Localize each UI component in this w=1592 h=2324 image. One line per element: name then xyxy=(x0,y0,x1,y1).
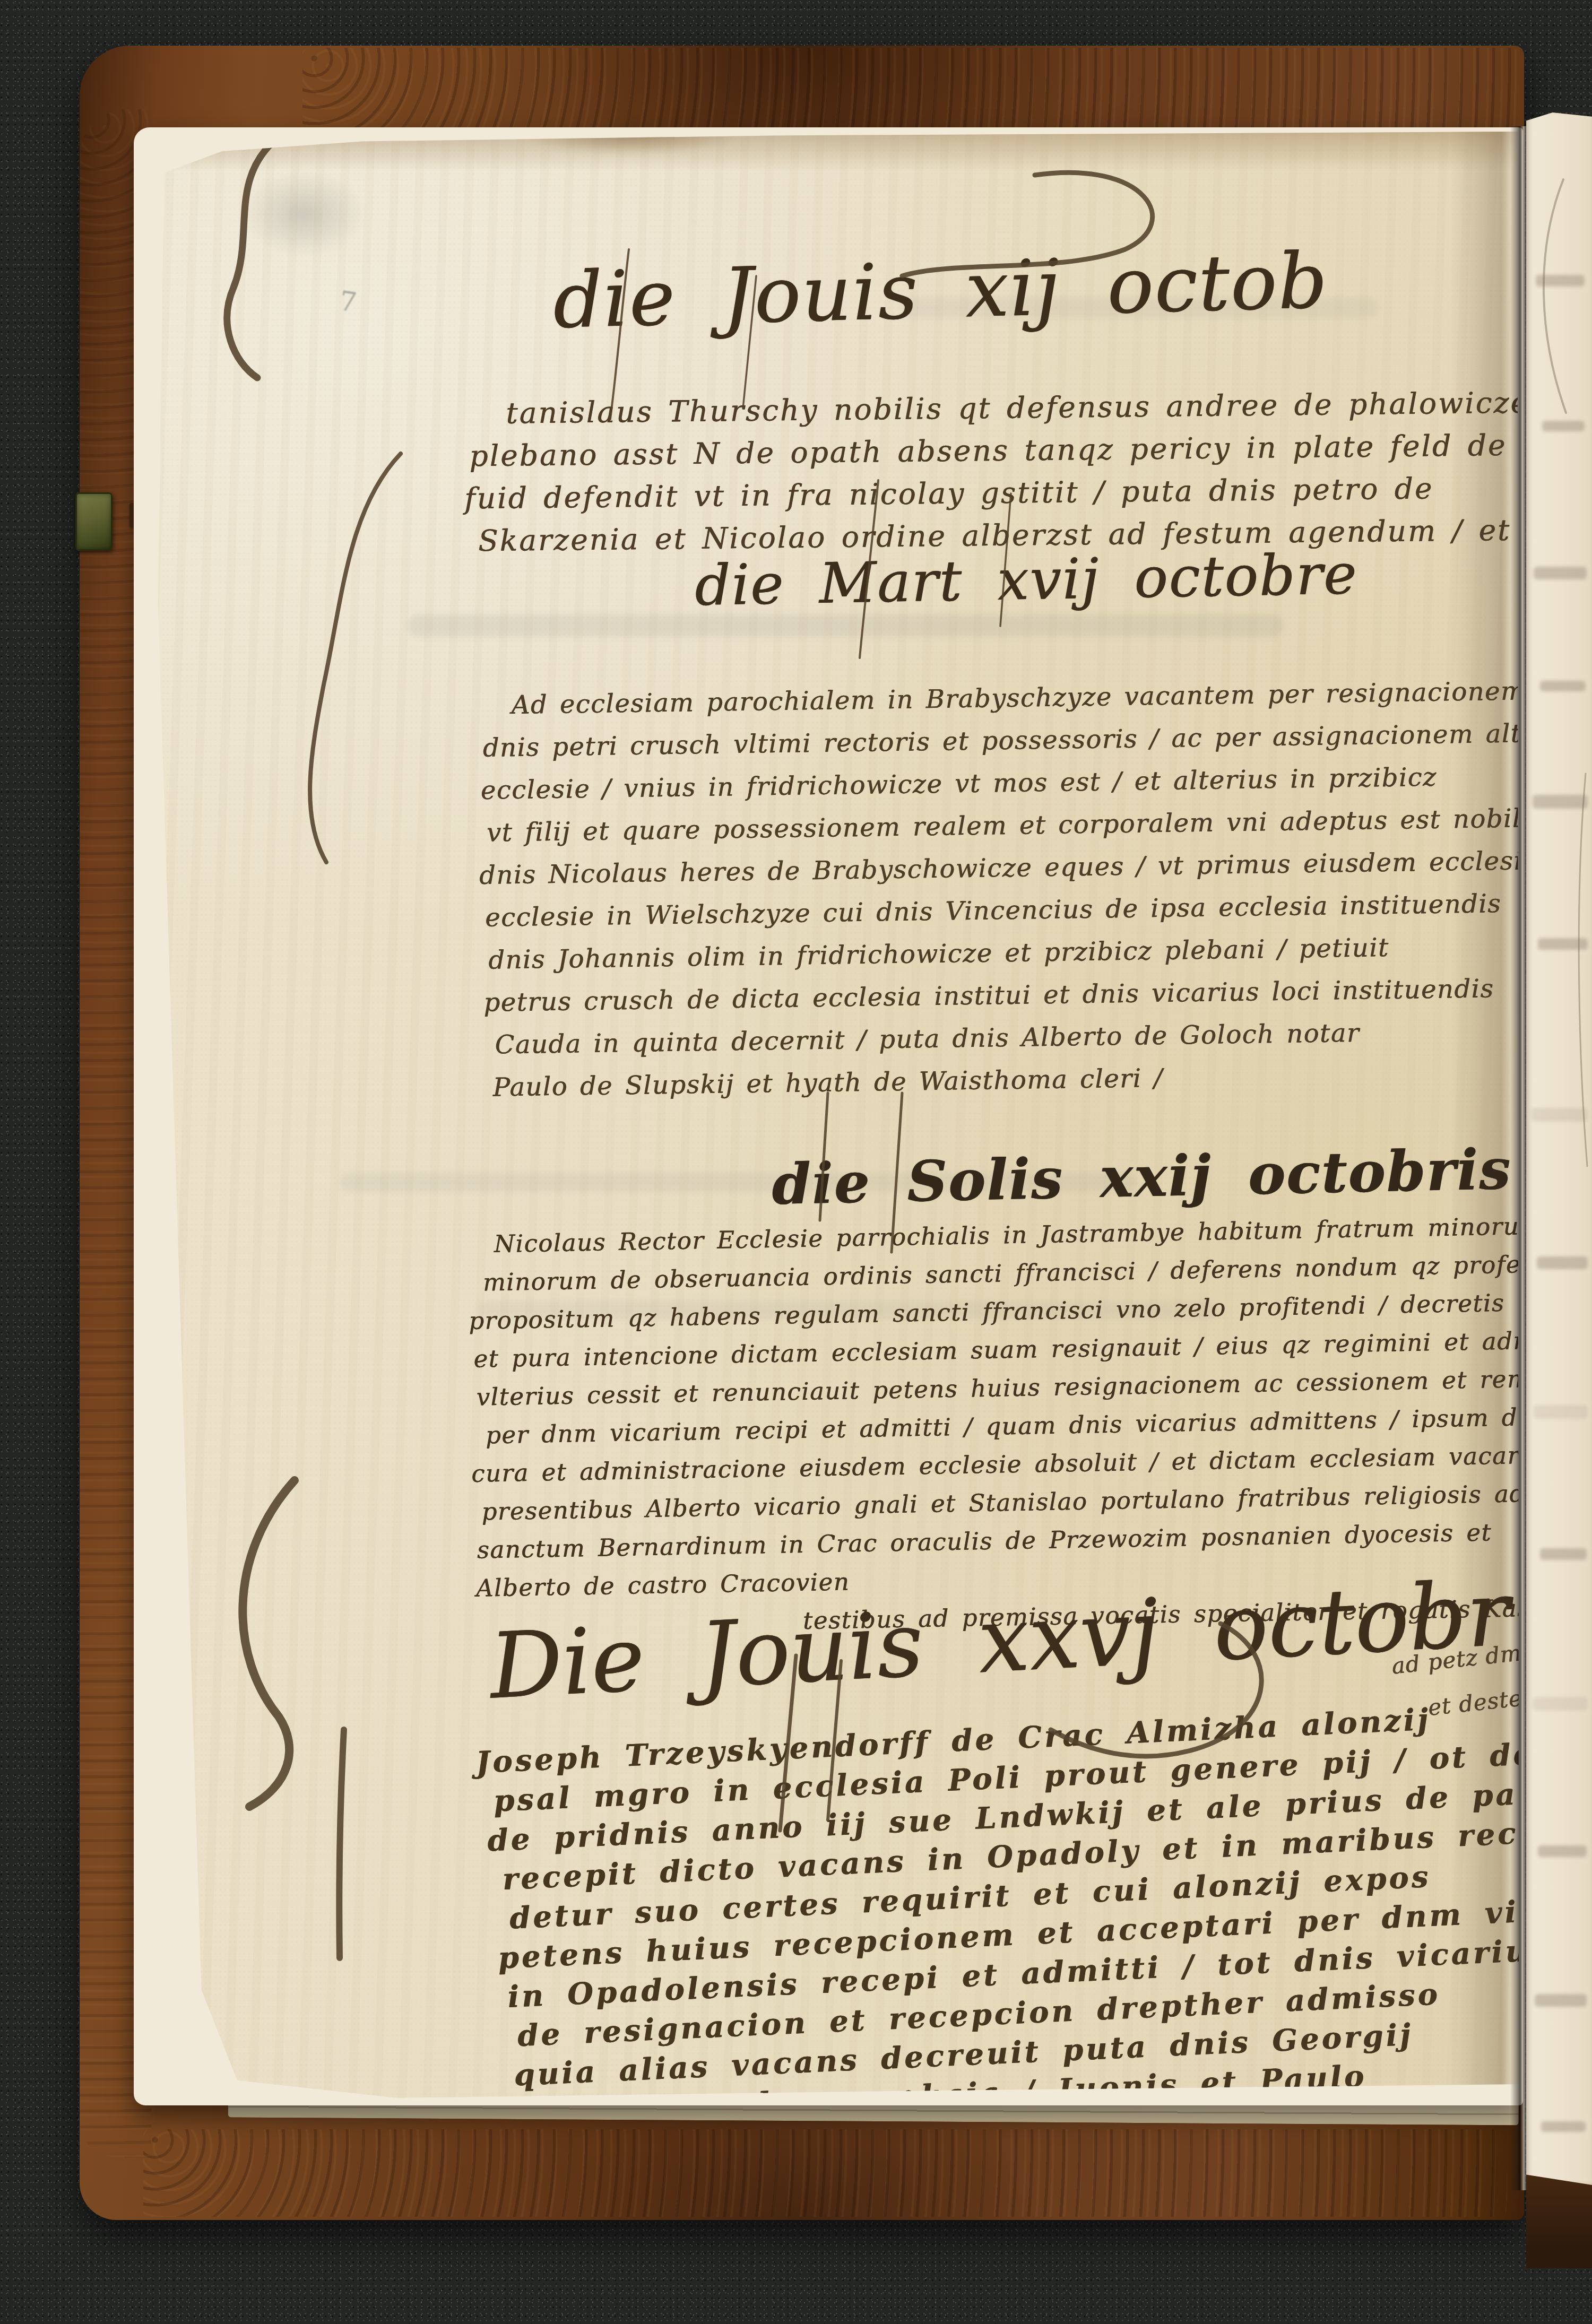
ghost-text-line xyxy=(1537,1256,1588,1269)
ghost-text-line xyxy=(1541,2121,1586,2132)
entry-paragraph-1: tanislaus Thurschy nobilis qt defensus a… xyxy=(439,380,1592,562)
ghost-text-line xyxy=(1534,567,1587,579)
leather-emboss-bottom xyxy=(143,2129,1507,2217)
paper-stain-left xyxy=(217,153,392,275)
ink-bleed-band xyxy=(408,614,1283,637)
ghost-text-line xyxy=(1538,938,1588,950)
ghost-curve xyxy=(1544,179,1566,413)
ghost-curve xyxy=(1579,774,1587,1166)
entry-heading-2: die Mart xvij octobre xyxy=(694,542,1358,618)
ghost-text-line xyxy=(1535,1994,1587,2007)
manuscript-page: 7 die Jouis xij octob tanislaus Thurschy… xyxy=(142,132,1519,2098)
gutter-shadow xyxy=(1510,126,1527,2190)
ghost-text-line xyxy=(1534,1405,1588,1419)
entry-paragraph-2: Ad ecclesiam parochialem in Brabyschzyze… xyxy=(477,667,1592,1109)
manuscript-photo: 7 die Jouis xij octob tanislaus Thurschy… xyxy=(0,0,1592,2324)
next-page-edge xyxy=(1526,110,1592,2185)
ghost-text-line xyxy=(1538,1845,1587,1857)
ghost-text-line xyxy=(1540,1548,1587,1560)
clasp-remnant xyxy=(75,492,113,551)
ghost-text-line xyxy=(1533,1697,1588,1711)
ghost-text-line xyxy=(1532,1108,1588,1122)
ghost-text-line xyxy=(1536,275,1585,287)
ghost-text-line xyxy=(1540,681,1586,691)
ghost-text-line xyxy=(1533,795,1588,809)
ghost-text-line xyxy=(1542,421,1585,431)
